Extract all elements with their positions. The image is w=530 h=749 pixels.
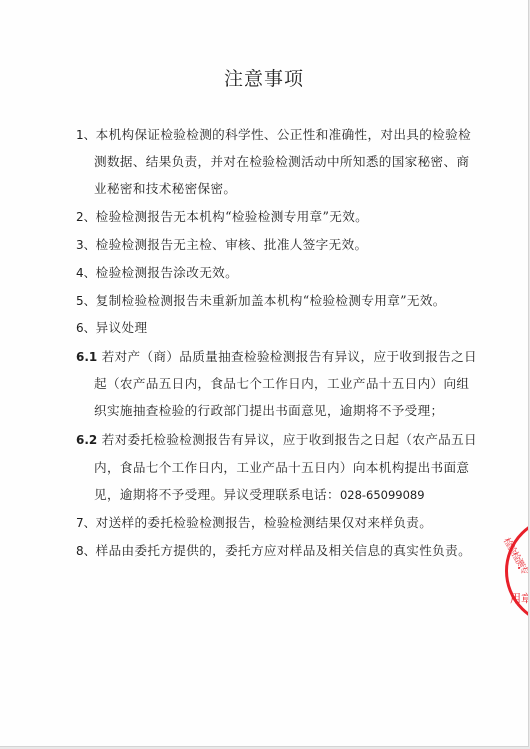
item-number: 1、 — [76, 128, 96, 142]
item-3: 3、检验检测报告无主检、审核、批准人签字无效。 — [76, 234, 367, 253]
item-6-2-line-2: 内，食品七个工作日内，工业产品十五日内）向本机构提出书面意 — [94, 457, 469, 476]
item-1-line-1: 1、本机构保证检验检测的科学性、公正性和准确性，对出具的检验检 — [76, 124, 471, 143]
page-title: 注意事项 — [0, 64, 528, 91]
item-5: 5、复制检验检测报告未重新加盖本机构“检验检测专用章”无效。 — [76, 290, 446, 309]
item-6: 6、异议处理 — [76, 317, 147, 336]
stamp-center-dot — [518, 567, 520, 569]
item-7: 7、对送样的委托检验检测报告，检验检测结果仅对来样负责。 — [76, 512, 432, 531]
phone-number: 028-65099089 — [340, 488, 425, 502]
item-number: 6.1 — [76, 350, 97, 364]
stamp-bottom-text: 用章 — [510, 590, 529, 606]
item-number: 7、 — [76, 516, 96, 530]
item-number: 6.2 — [76, 433, 97, 447]
document-page: 注意事项 1、本机构保证检验检测的科学性、公正性和准确性，对出具的检验检 测数据… — [0, 0, 529, 747]
item-6-1-line-2: 起（农产品五日内，食品七个工作日内，工业产品十五日内）向组 — [94, 373, 469, 392]
item-1-line-2: 测数据、结果负责，并对在检验检测活动中所知悉的国家秘密、商 — [94, 151, 469, 170]
item-number: 2、 — [76, 210, 96, 224]
item-2: 2、检验检测报告无本机构“检验检测专用章”无效。 — [76, 206, 368, 225]
item-number: 6、 — [76, 321, 96, 335]
item-number: 8、 — [76, 544, 96, 558]
item-6-2-line-3: 见，逾期将不予受理。异议受理联系电话：028-65099089 — [94, 484, 425, 503]
item-6-1-line-3: 织实施抽查检验的行政部门提出书面意见，逾期将不予受理； — [94, 400, 443, 419]
item-4: 4、检验检测报告涂改无效。 — [76, 262, 238, 281]
item-6-2-line-1: 6.2 若对委托检验检测报告有异议，应于收到报告之日起（农产品五日 — [76, 429, 477, 448]
item-number: 5、 — [76, 294, 96, 308]
item-8: 8、样品由委托方提供的，委托方应对样品及相关信息的真实性负责。 — [76, 540, 471, 559]
item-6-1-line-1: 6.1 若对产（商）品质量抽查检验检测报告有异议，应于收到报告之日 — [76, 346, 477, 365]
item-number: 4、 — [76, 266, 96, 280]
item-number: 3、 — [76, 238, 96, 252]
item-1-line-3: 业秘密和技术秘密保密。 — [94, 178, 236, 197]
